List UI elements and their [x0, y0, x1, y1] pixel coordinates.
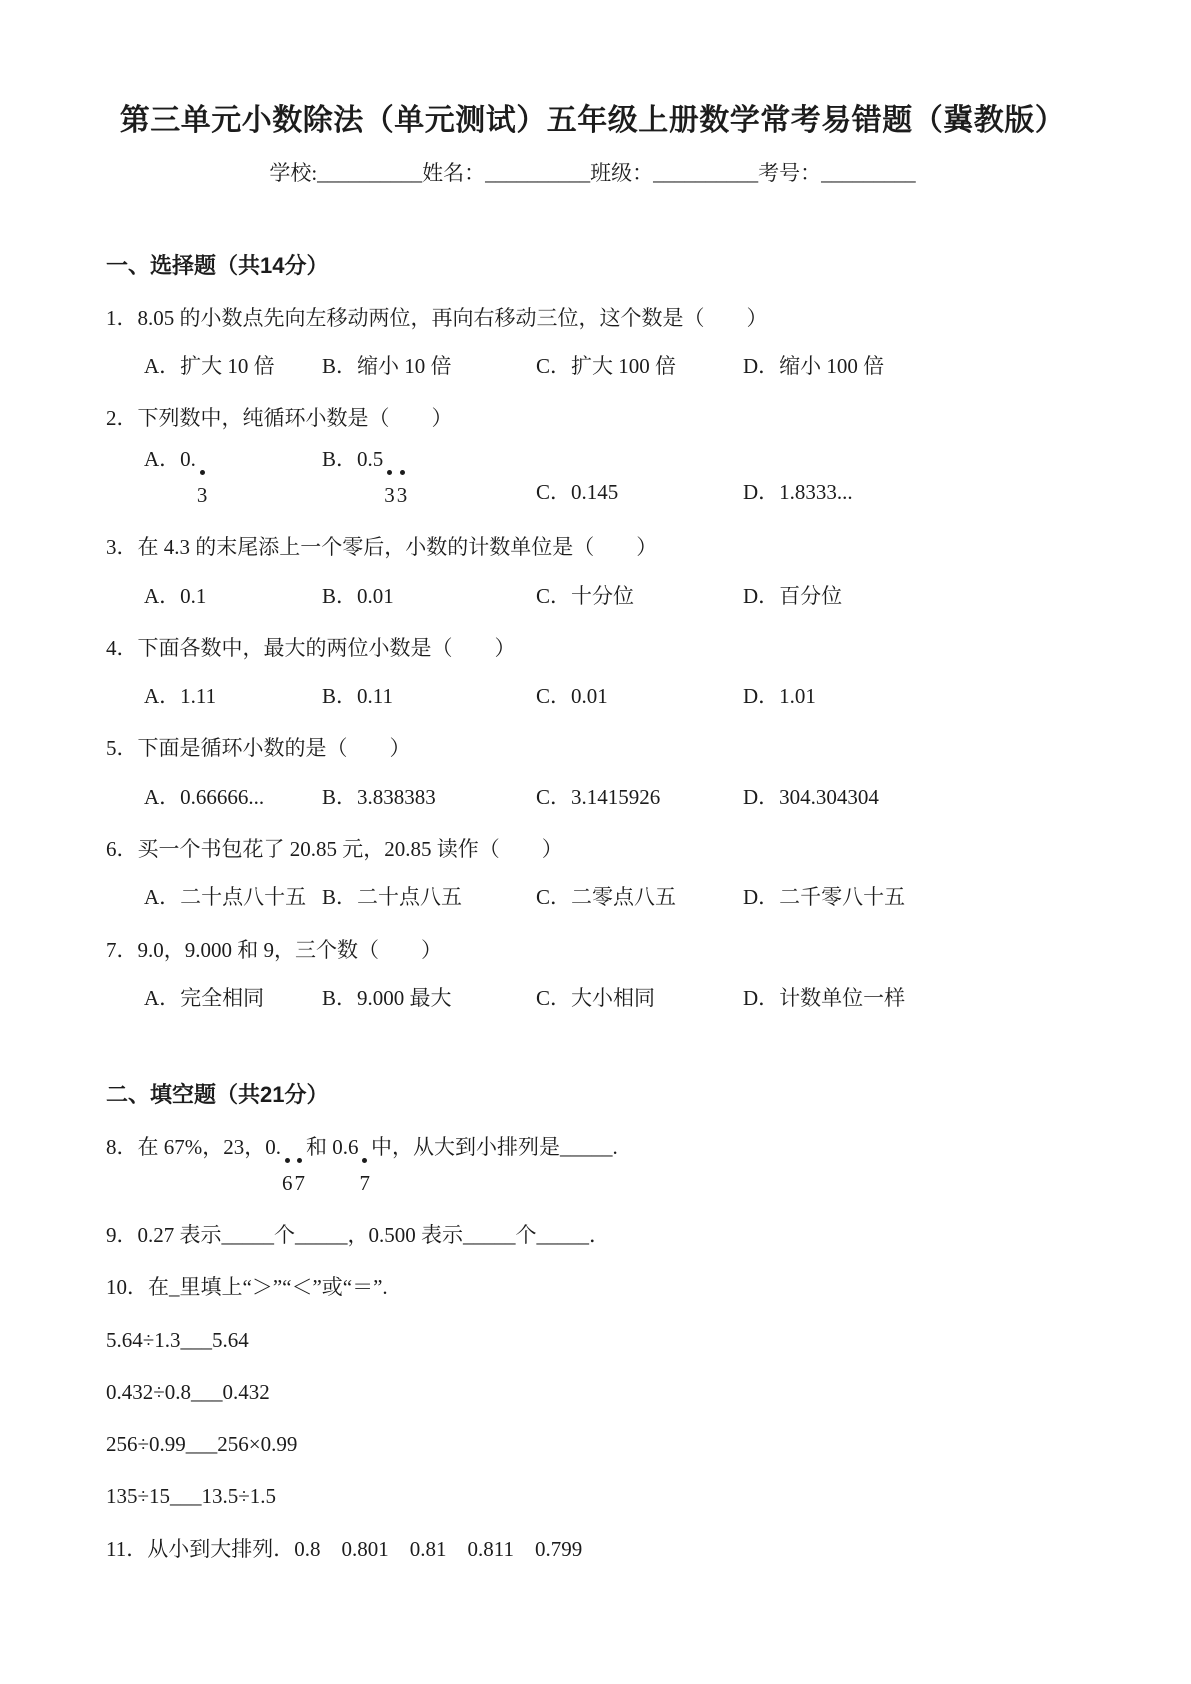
q5-option-a: A．0.66666... [144, 784, 322, 811]
q6-option-b: B．二十点八五 [322, 884, 536, 911]
question-7-options: A．完全相同 B．9.000 最大 C．大小相同 D．计数单位一样 [106, 985, 1079, 1012]
question-5-options: A．0.66666... B．3.838383 C．3.1415926 D．30… [106, 784, 1079, 811]
name-label: 姓名： [422, 161, 485, 185]
question-2-options: A．0.3 B．0.533 C．0.145 D．1.8333... [106, 446, 1079, 506]
q8-text-part1: 8．在 67%，23，0. [106, 1135, 281, 1159]
question-4-options: A．1.11 B．0.11 C．0.01 D．1.01 [106, 683, 1079, 710]
question-1-stem: 1．8.05 的小数点先向左移动两位，再向右移动三位，这个数是（ ） [106, 305, 1079, 332]
q2-option-c: C．0.145 [536, 479, 743, 506]
question-8-stem: 8．在 67%，23，0.67和 0.67中，从大到小排列是_____. [106, 1134, 1079, 1194]
recurring-digit: 7 [295, 1158, 306, 1194]
recurring-dot-icon [297, 1158, 302, 1163]
q7-option-c: C．大小相同 [536, 985, 743, 1012]
q10-compare-line-2: 0.432÷0.8___0.432 [106, 1379, 1079, 1406]
question-6-options: A．二十点八十五 B．二十点八五 C．二零点八五 D．二千零八十五 [106, 884, 1079, 911]
q2-option-a-prefix: A．0. [144, 447, 196, 471]
question-2-stem: 2．下列数中，纯循环小数是（ ） [106, 405, 1079, 432]
q7-option-d: D．计数单位一样 [743, 985, 1079, 1012]
recurring-dot-icon [200, 470, 205, 475]
school-blank: __________ [317, 161, 422, 185]
q4-option-b: B．0.11 [322, 683, 536, 710]
q2-option-b: B．0.533 [322, 446, 536, 506]
q10-compare-line-4: 135÷15___13.5÷1.5 [106, 1483, 1079, 1510]
school-label: 学校: [269, 161, 317, 185]
class-label: 班级： [590, 161, 653, 185]
question-7-stem: 7．9.0，9.000 和 9，三个数（ ） [106, 937, 1079, 964]
q3-option-c: C．十分位 [536, 583, 743, 610]
q8-text-part3: 中，从大到小排列是_____. [371, 1135, 618, 1159]
q6-option-a: A．二十点八十五 [144, 884, 322, 911]
question-1-options: A．扩大 10 倍 B．缩小 10 倍 C．扩大 100 倍 D．缩小 100 … [106, 353, 1079, 380]
q1-option-a: A．扩大 10 倍 [144, 353, 322, 380]
q7-option-a: A．完全相同 [144, 985, 322, 1012]
q7-option-b: B．9.000 最大 [322, 985, 536, 1012]
question-4-stem: 4．下面各数中，最大的两位小数是（ ） [106, 635, 1079, 662]
q3-option-d: D．百分位 [743, 583, 1079, 610]
recurring-dot-icon [400, 470, 405, 475]
question-6-stem: 6．买一个书包花了 20.85 元，20.85 读作（ ） [106, 836, 1079, 863]
question-5-stem: 5．下面是循环小数的是（ ） [106, 735, 1079, 762]
recurring-dot-icon [362, 1158, 367, 1163]
recurring-dot-icon [387, 470, 392, 475]
question-10-stem: 10．在_里填上“＞”“＜”或“＝”. [106, 1274, 1079, 1301]
q4-option-c: C．0.01 [536, 683, 743, 710]
question-3-options: A．0.1 B．0.01 C．十分位 D．百分位 [106, 583, 1079, 610]
q1-option-b: B．缩小 10 倍 [322, 353, 536, 380]
q6-option-c: C．二零点八五 [536, 884, 743, 911]
recurring-digit: 7 [360, 1158, 371, 1194]
q4-option-d: D．1.01 [743, 683, 1079, 710]
recurring-digit: 3 [397, 470, 408, 506]
q10-compare-line-1: 5.64÷1.3___5.64 [106, 1327, 1079, 1354]
q1-option-d: D．缩小 100 倍 [743, 353, 1079, 380]
recurring-digit: 6 [282, 1158, 293, 1194]
q4-option-a: A．1.11 [144, 683, 322, 710]
q1-option-c: C．扩大 100 倍 [536, 353, 743, 380]
q2-option-b-prefix: B．0.5 [322, 447, 383, 471]
q6-option-d: D．二千零八十五 [743, 884, 1079, 911]
q8-text-part2: 和 0.6 [306, 1135, 359, 1159]
recurring-dot-icon [285, 1158, 290, 1163]
q2-option-a: A．0.3 [144, 446, 322, 506]
q3-option-a: A．0.1 [144, 583, 322, 610]
q2-option-d: D．1.8333... [743, 479, 1079, 506]
question-11-stem: 11．从小到大排列．0.8 0.801 0.81 0.811 0.799 [106, 1536, 1079, 1563]
class-blank: __________ [653, 161, 758, 185]
page-title: 第三单元小数除法（单元测试）五年级上册数学常考易错题（冀教版） [106, 102, 1079, 140]
question-9-stem: 9．0.27 表示_____个_____，0.500 表示_____个_____… [106, 1222, 1079, 1249]
q10-compare-line-3: 256÷0.99___256×0.99 [106, 1431, 1079, 1458]
recurring-digit: 3 [384, 470, 395, 506]
question-3-stem: 3．在 4.3 的末尾添上一个零后，小数的计数单位是（ ） [106, 534, 1079, 561]
section-1-heading: 一、选择题（共14分） [106, 249, 1079, 280]
student-info-line: 学校:__________姓名：__________班级：__________考… [106, 157, 1079, 187]
q5-option-b: B．3.838383 [322, 784, 536, 811]
q5-option-d: D．304.304304 [743, 784, 1079, 811]
q3-option-b: B．0.01 [322, 583, 536, 610]
examno-blank: _________ [821, 161, 916, 185]
name-blank: __________ [485, 161, 590, 185]
section-2-heading: 二、填空题（共21分） [106, 1078, 1079, 1109]
test-paper-page: 第三单元小数除法（单元测试）五年级上册数学常考易错题（冀教版） 学校:_____… [0, 0, 1191, 1684]
examno-label: 考号： [758, 161, 821, 185]
q5-option-c: C．3.1415926 [536, 784, 743, 811]
recurring-digit: 3 [197, 470, 208, 506]
